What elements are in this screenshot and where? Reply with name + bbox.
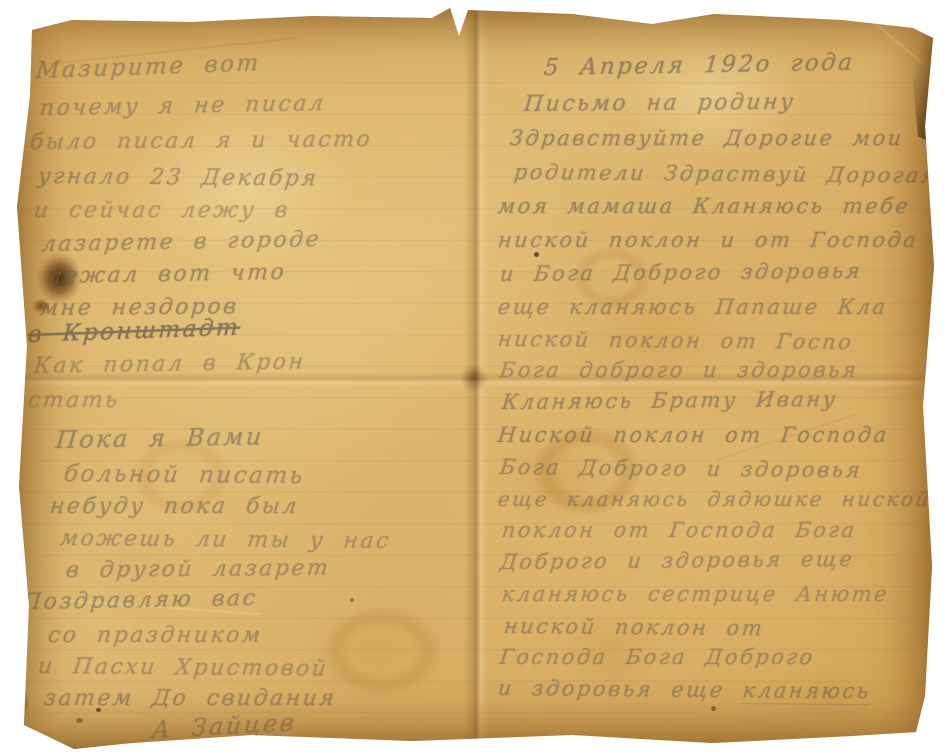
handwriting-line: Бога Доброго и здоровья xyxy=(499,455,864,482)
handwriting-line: ниской поклон от Госпо xyxy=(497,327,855,354)
handwriting-line: ниской поклон и от Господа xyxy=(497,228,920,252)
handwriting-line: Как попал в Крон xyxy=(33,349,307,379)
handwriting-line: небуду пока был xyxy=(49,494,301,519)
edge-smudge xyxy=(8,688,30,718)
handwriting-line: можешь ли ты у нас xyxy=(59,526,393,554)
handwriting-line: со праздником xyxy=(47,623,264,648)
last-line-prefix: и здоровья еще xyxy=(497,676,745,702)
handwriting-line: лазарете в городе xyxy=(41,227,322,257)
handwriting-line: затем До свидания xyxy=(43,686,338,711)
handwriting-line: Письмо на родину xyxy=(523,90,797,117)
handwriting-line: моя мамаша Кланяюсь тебе xyxy=(497,194,912,218)
handwriting-line: и Пасхи Христовой xyxy=(37,654,330,682)
speck xyxy=(711,706,716,711)
handwriting-line: и сейчас лежу в xyxy=(33,198,292,223)
speck xyxy=(534,252,539,257)
handwriting-line: почему я не писал xyxy=(39,91,327,121)
letter-paper: Мазирите вот почему я не писал было писа… xyxy=(12,6,936,750)
handwriting-line: было писал я и часто xyxy=(29,127,374,155)
scanned-letter: Мазирите вот почему я не писал было писа… xyxy=(0,0,948,755)
handwriting-line: поклон от Господа Бога xyxy=(501,518,858,542)
speck xyxy=(76,718,83,723)
handwriting-line: Мазирите вот xyxy=(35,50,262,84)
handwriting-line: ниской поклон от xyxy=(503,614,766,640)
handwriting-line: угнало 23 Декабря xyxy=(37,164,320,191)
handwriting-line: Здравствуйте Дорогие мои xyxy=(509,126,905,150)
handwriting-line: еще кланяюсь Папаше Кла xyxy=(497,295,889,319)
handwriting-line: Господа Бога Доброго xyxy=(499,645,816,669)
speck xyxy=(350,598,354,602)
handwriting-line: Доброго и здоровья еще xyxy=(499,547,856,574)
handwriting-line: в другой лазарет xyxy=(65,556,332,583)
handwriting-line: лежал вот что xyxy=(47,260,288,289)
last-line-underlined-word: кланяюсь xyxy=(741,678,872,705)
handwriting-line-underlined-end: и здоровья еще кланяюсь xyxy=(497,676,873,703)
handwriting-line: Поздравляю вас xyxy=(21,586,259,615)
handwriting-line: родители Здраствуй Дорогая xyxy=(513,160,939,188)
handwriting-line: стать xyxy=(27,388,121,413)
handwriting-line: еще кланяюсь дядюшке ниской xyxy=(497,487,933,511)
handwriting-line: Ниской поклон от Господа xyxy=(497,423,890,447)
handwriting-line: Пока я Вами xyxy=(55,422,265,454)
handwriting-line: кланяюсь сестрице Анюте xyxy=(501,582,891,606)
signature: А Зайцев xyxy=(151,708,298,744)
water-stain xyxy=(322,606,442,696)
date-line: 5 Апреля 192о года xyxy=(543,50,856,81)
handwriting-line: Бога доброго и здоровья xyxy=(499,358,860,382)
fold-intersection-mark xyxy=(460,364,488,392)
handwriting-line: и Бога Доброго здоровья xyxy=(499,259,863,286)
handwriting-line: Кланяюсь Брату Ивану xyxy=(501,387,839,414)
handwriting-line: больной писать xyxy=(63,461,307,489)
